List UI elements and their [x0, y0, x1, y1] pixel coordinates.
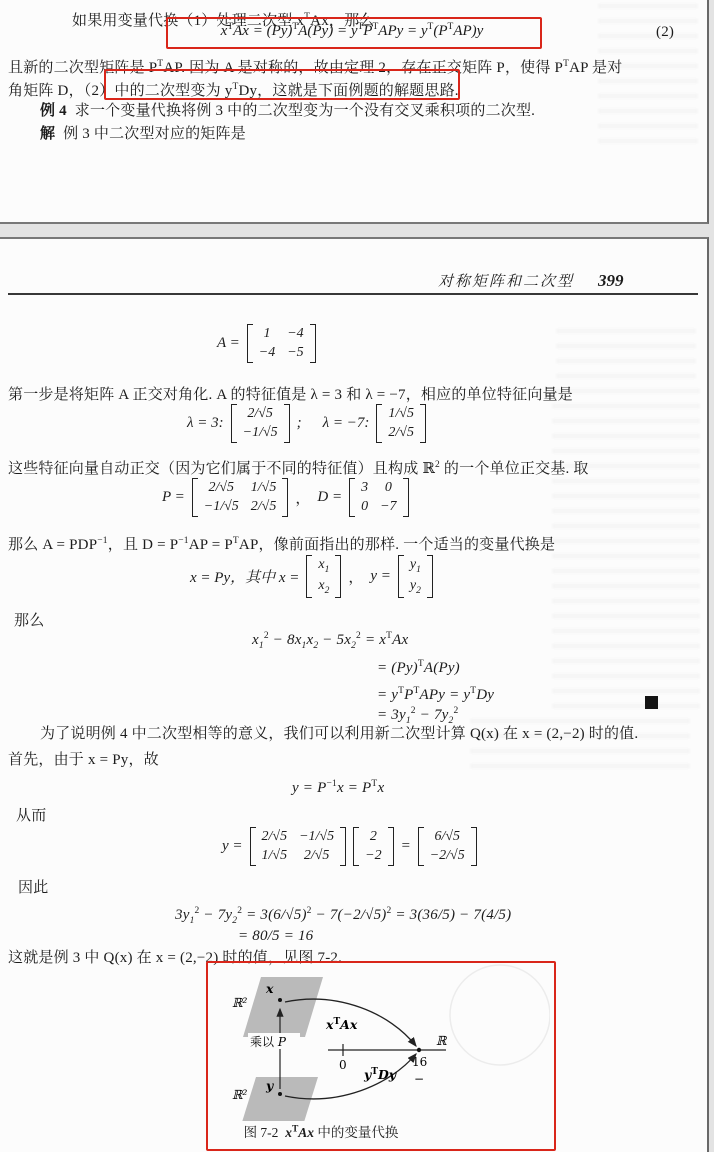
final-eval-line-2: = 80/5 = 16	[238, 926, 313, 946]
final-eval-line-1: 3y12 − 7y22 = 3(6/√5)2 − 7(−2/√5)2 = 3(3…	[175, 901, 511, 931]
paragraph-line: 首先，由于 x = Py，故	[8, 750, 159, 770]
matrix-Pt: 2/√5−1/√5 1/√52/√5	[250, 827, 347, 866]
display-eigenvectors: λ = 3: 2/√5 −1/√5 ; λ = −7: 1/√5 2/√5	[187, 404, 426, 443]
paragraph-line: 那么 A = PDP−1，且 D = P−1AP = PTAP，像前面指出的那样…	[8, 531, 555, 555]
page-399: 对称矩阵和二次型 399 A = 1−4 −4−5 第一步是将矩阵 A 正交对角…	[0, 237, 709, 1152]
matrix-cell: 1/√5	[251, 480, 277, 496]
vector-cell: −2/√5	[430, 848, 465, 864]
y-point-label: y	[265, 1078, 274, 1093]
matrix-cell: −7	[380, 499, 396, 515]
connective: 那么	[14, 611, 44, 631]
bleedthrough-ghost	[556, 329, 696, 387]
equals: =	[401, 838, 411, 855]
reals-label: ℝ	[436, 1033, 448, 1048]
xtax-label: xTAx	[325, 1017, 358, 1032]
figure-caption: 图 7-2 xTAx 中的变量代换	[226, 1121, 416, 1141]
vector-cell: 2	[370, 829, 377, 845]
matrix-cell: 1	[263, 326, 270, 342]
x-point-dot	[278, 998, 282, 1002]
running-head-title: 对称矩阵和二次型	[438, 270, 574, 291]
vector-y: y1 y2	[398, 555, 433, 598]
value-16-dot	[417, 1048, 421, 1052]
matrix-cell: −1/√5	[204, 499, 239, 515]
example-4-label: 例 4	[40, 103, 67, 119]
matrix-cell: 0	[385, 480, 392, 496]
running-head: 对称矩阵和二次型 399	[438, 270, 624, 291]
display-P-D: P = 2/√51/√5 −1/√52/√5 ， D = 30 0−7	[162, 478, 409, 517]
solution-text: 例 3 中二次型对应的矩阵是	[63, 126, 246, 142]
x-point-label: x	[265, 981, 274, 996]
matrix-cell: 2/√5	[262, 829, 288, 845]
matrix-cell: −4	[287, 326, 303, 342]
ycomp-pre: y =	[222, 838, 243, 855]
r2-bottom-label: ℝ²	[232, 1087, 247, 1102]
bracket-left	[247, 324, 253, 363]
matrix-cell: −4	[259, 345, 275, 361]
ytdy-label: yTDy	[363, 1067, 397, 1082]
paragraph-line: 且新的二次型矩阵是 PTAP. 因为 A 是对称的，故由定理 2，存在正交矩阵 …	[8, 54, 622, 78]
figure-7-2-diagram: ℝ² x ℝ² y 乘以 P 0 16 ℝ −	[208, 963, 550, 1121]
matrix-A: 1−4 −4−5	[247, 324, 316, 363]
comma: ，	[348, 566, 363, 587]
display-y-computation: y = 2/√5−1/√5 1/√52/√5 2 −2 =	[222, 827, 477, 866]
vector-cell: −1/√5	[243, 425, 278, 441]
r2-top-label: ℝ²	[232, 995, 247, 1010]
matrix-P-pre: P =	[162, 489, 185, 506]
figure-caption-math: xTAx	[285, 1125, 314, 1140]
page-number: 399	[598, 271, 624, 291]
scanned-textbook-view: 如果用变量代换（1）处理二次型 xTAx，那么 xTAx = (Py)TA(Py…	[0, 0, 714, 1152]
matrix-P: 2/√51/√5 −1/√52/√5	[192, 478, 289, 517]
equation-2-body: xTAx = (Py)TA(Py) = yTPTAPy = yT(PTAP)y	[221, 22, 484, 40]
vector-result: 6/√5 −2/√5	[418, 827, 477, 866]
figure-caption-number: 图 7-2	[244, 1125, 279, 1140]
vector-cell: 2/√5	[247, 406, 273, 422]
matrix-cell: 2/√5	[251, 499, 277, 515]
connective: 因此	[18, 878, 48, 898]
vector-cell: 1/√5	[388, 406, 414, 422]
vector-cell: y2	[410, 578, 421, 596]
eigen-separator: ;	[297, 415, 302, 432]
eigen-label-2: λ = −7:	[323, 415, 370, 432]
paragraph-line: 这些特征向量自动正交（因为它们属于不同的特征值）且构成 ℝ2 的一个单位正交基.…	[8, 455, 589, 479]
display-substitution: x = Py，其中 x = x1 x2 ， y = y1 y2	[190, 555, 433, 598]
figure-7-2: ℝ² x ℝ² y 乘以 P 0 16 ℝ −	[208, 963, 550, 1145]
multiply-by-p-label: 乘以 P	[250, 1035, 287, 1049]
paragraph-line: 为了说明例 4 中二次型相等的意义，我们可以利用新二次型计算 Q(x) 在 x …	[40, 724, 638, 744]
comma: ，	[295, 487, 310, 508]
bracket-right	[310, 324, 316, 363]
page-previous: 如果用变量代换（1）处理二次型 xTAx，那么 xTAx = (Py)TA(Py…	[0, 0, 709, 224]
vector-cell: y1	[410, 557, 421, 575]
matrix-cell: 1/√5	[262, 848, 288, 864]
plane-top	[243, 977, 323, 1037]
matrix-cell: 2/√5	[208, 480, 234, 496]
matrix-cell: −5	[287, 345, 303, 361]
matrix-cell: 2/√5	[304, 848, 330, 864]
figure-caption-text: 中的变量代换	[317, 1125, 398, 1140]
matrix-cell: −1/√5	[299, 829, 334, 845]
vector-cell: 2/√5	[388, 425, 414, 441]
solution-line: 解 例 3 中二次型对应的矩阵是	[40, 124, 246, 144]
vector-cell: x1	[318, 557, 329, 575]
equation-2: xTAx = (Py)TA(Py) = yTPTAPy = yT(PTAP)y	[176, 22, 528, 40]
matrix-A-pre: A =	[217, 335, 240, 352]
matrix-cell: 3	[361, 480, 368, 496]
zero-label: 0	[339, 1058, 347, 1072]
y-point-dot	[278, 1092, 282, 1096]
vector-cell: −2	[365, 848, 381, 864]
paragraph-line: 第一步是将矩阵 A 正交对角化. A 的特征值是 λ = 3 和 λ = −7，…	[8, 385, 573, 405]
vector-input: 2 −2	[353, 827, 393, 866]
subst-pre: x = Py，其中 x =	[190, 566, 299, 587]
bleedthrough-circle	[450, 965, 550, 1065]
matrix-cell: 0	[361, 499, 368, 515]
vector-x: x1 x2	[306, 555, 341, 598]
connective: 从而	[16, 806, 46, 826]
matrix-D: 30 0−7	[349, 478, 408, 517]
qed-mark	[645, 696, 658, 709]
solution-label: 解	[40, 126, 55, 142]
example-4-text: 求一个变量代换将例 3 中的二次型变为一个没有交叉乘积项的二次型.	[75, 103, 535, 119]
derivation-line-2: = (Py)TA(Py)	[377, 654, 460, 678]
display-matrix-A: A = 1−4 −4−5	[217, 324, 316, 363]
paragraph-line: 角矩阵 D，（2）中的二次型变为 yTDy，这就是下面例题的解题思路.	[8, 77, 459, 101]
subst-y-pre: y =	[370, 568, 391, 585]
bleedthrough-ghost	[598, 4, 698, 154]
bleedthrough-ghost	[552, 389, 700, 709]
example-4-line: 例 4 求一个变量代换将例 3 中的二次型变为一个没有交叉乘积项的二次型.	[40, 101, 535, 121]
dash-mark: −	[414, 1072, 424, 1086]
display-y-transform: y = P−1x = PTx	[292, 774, 384, 798]
vector-cell: x2	[318, 578, 329, 596]
derivation-line-1: x12 − 8x1x2 − 5x22 = xTAx	[252, 626, 408, 656]
vector-cell: 6/√5	[434, 829, 460, 845]
equation-2-label: (2)	[656, 22, 674, 42]
header-rule	[8, 293, 698, 295]
eigen-label-1: λ = 3:	[187, 415, 224, 432]
matrix-D-pre: D =	[317, 489, 342, 506]
eigenvector-2: 1/√5 2/√5	[376, 404, 426, 443]
eigenvector-1: 2/√5 −1/√5	[231, 404, 290, 443]
sixteen-label: 16	[412, 1055, 427, 1069]
